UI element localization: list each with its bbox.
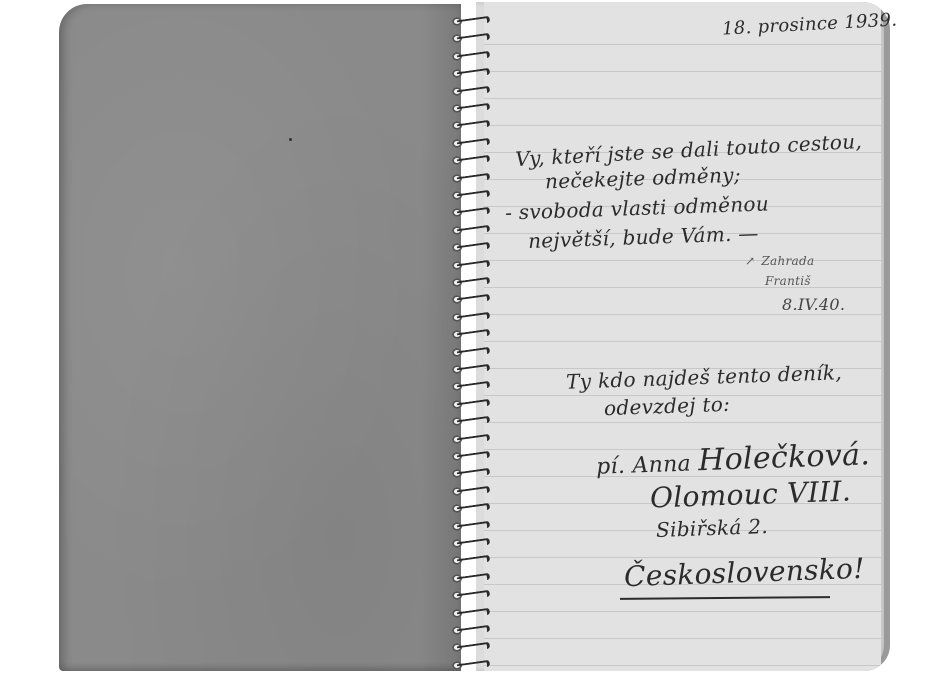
wire-loop (457, 312, 491, 324)
wire-loop (457, 607, 491, 619)
spiral-ring (448, 153, 494, 167)
wire-loop (457, 433, 491, 445)
spiral-ring (448, 501, 494, 515)
signature-date: 8.IV.40. (782, 295, 845, 314)
spiral-ring (448, 223, 494, 237)
spiral-ring (448, 536, 494, 550)
wire-loop (457, 103, 491, 115)
spiral-ring (448, 553, 494, 567)
spiral-ring (448, 466, 494, 480)
spiral-ring (448, 432, 494, 446)
spiral-ring (448, 327, 494, 341)
wire-loop (457, 16, 491, 28)
wire-loop (457, 68, 491, 80)
spiral-ring (448, 397, 494, 411)
spiral-ring (448, 240, 494, 254)
spiral-ring (448, 84, 494, 98)
wire-loop (457, 225, 491, 237)
wire-loop (457, 294, 491, 306)
wire-loop (457, 207, 491, 219)
spiral-ring (448, 362, 494, 376)
cover-speck (289, 138, 292, 141)
wire-loop (457, 451, 491, 463)
wire-loop (457, 381, 491, 393)
wire-loop (457, 33, 491, 45)
spiral-ring (448, 188, 494, 202)
spiral-ring (448, 606, 494, 620)
arrow-icon: ↗ (745, 254, 755, 268)
spiral-ring (448, 31, 494, 45)
spiral-ring (448, 484, 494, 498)
spiral-ring (448, 640, 494, 654)
spiral-ring (448, 49, 494, 63)
spiral-ring (448, 118, 494, 132)
wire-loop (457, 364, 491, 376)
address-city: Olomouc VIII. (649, 475, 851, 515)
spiral-ring (448, 101, 494, 115)
signature-line-1: ↗Zahrada (745, 254, 814, 268)
wire-loop (457, 155, 491, 167)
wire-loop (457, 242, 491, 254)
wire-loop (457, 346, 491, 358)
spiral-ring (448, 275, 494, 289)
wire-loop (457, 51, 491, 63)
signature-name-1: Zahrada (761, 254, 814, 268)
spiral-ring (448, 379, 494, 393)
wire-loop (457, 329, 491, 341)
wire-loop (457, 190, 491, 202)
wire-loop (457, 538, 491, 550)
wire-loop (457, 138, 491, 150)
address-surname: Holečková. (698, 437, 871, 478)
address-name-prefix: pí. Anna (596, 451, 692, 479)
wire-loop (457, 660, 491, 672)
spiral-ring (448, 171, 494, 185)
spiral-ring (448, 205, 494, 219)
spiral-ring (448, 414, 494, 428)
spiral-ring (448, 588, 494, 602)
wire-loop (457, 573, 491, 585)
wire-loop (457, 555, 491, 567)
wire-loop (457, 486, 491, 498)
wire-loop (457, 259, 491, 271)
wire-loop (457, 503, 491, 515)
left-cover (59, 4, 461, 671)
wire-loop (457, 468, 491, 480)
spiral-binding (448, 6, 494, 671)
wire-loop (457, 85, 491, 97)
spiral-ring (448, 258, 494, 272)
spiral-ring (448, 292, 494, 306)
spiral-ring (448, 658, 494, 672)
wire-loop (457, 120, 491, 132)
spiral-ring (448, 14, 494, 28)
spiral-ring (448, 66, 494, 80)
notebook-scan: 18. prosince 1939. Vy, kteří jste se dal… (0, 0, 952, 673)
signature-line-2: Františ (765, 274, 811, 288)
spiral-ring (448, 345, 494, 359)
wire-loop (457, 277, 491, 289)
wire-loop (457, 590, 491, 602)
wire-loop (457, 399, 491, 411)
spiral-ring (448, 519, 494, 533)
wire-loop (457, 172, 491, 184)
wire-loop (457, 416, 491, 428)
return-note-line-2: odevzdej to: (604, 392, 731, 420)
spiral-ring (448, 449, 494, 463)
spiral-ring (448, 571, 494, 585)
spiral-ring (448, 310, 494, 324)
spiral-ring (448, 623, 494, 637)
wire-loop (457, 625, 491, 637)
spiral-ring (448, 136, 494, 150)
address-street: Sibiřská 2. (656, 514, 769, 542)
wire-loop (457, 642, 491, 654)
wire-loop (457, 520, 491, 532)
